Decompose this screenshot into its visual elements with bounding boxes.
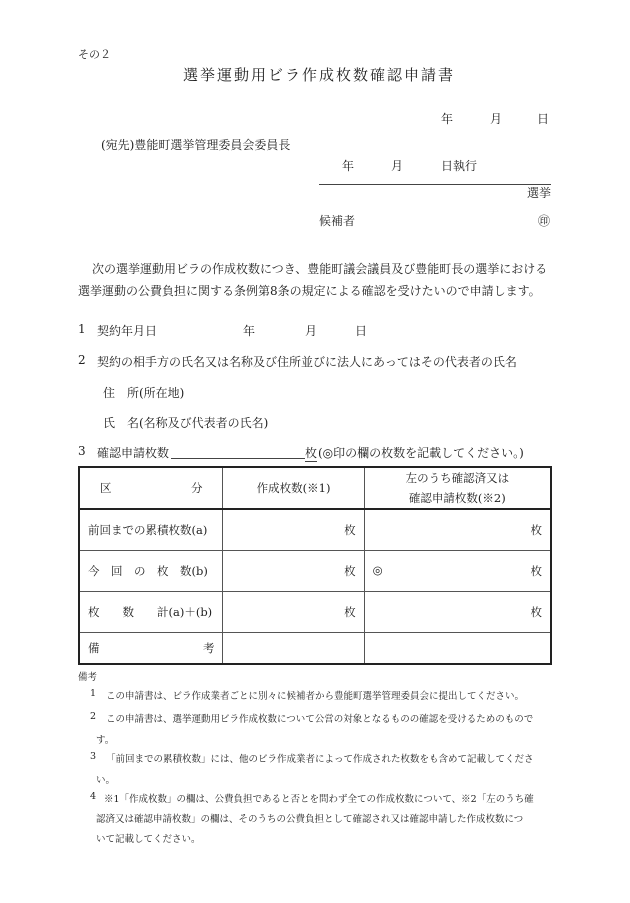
intro-line-1: 次の選挙運動用ビラの作成枚数につき、豊能町議会議員及び豊能町長の選挙における <box>92 260 547 277</box>
remarks-cell-confirmed[interactable] <box>364 633 551 665</box>
date-year: 年 <box>441 110 453 127</box>
name-label-b: 名(名称及び代表者の氏名) <box>127 414 268 431</box>
address-label-a: 住 <box>103 384 115 401</box>
note-2-text: この申請書は、選挙運動用ビラ作成枚数について公営の対象となるものの確認を受けるた… <box>106 711 533 725</box>
item3-label: 確認申請枚数 <box>97 444 169 461</box>
note-2-number: 2 <box>90 711 96 722</box>
address-label-b: 所(所在地) <box>127 384 184 401</box>
item3-unit: 枚 <box>305 444 317 462</box>
table-row-previous: 前回までの累積枚数(a) 枚 枚 <box>79 509 551 551</box>
header-confirmed-count: 左のうち確認済又は 確認申請枚数(※2) <box>364 467 551 509</box>
table-row-current: 今 回 の 枚 数(b) 枚 ◎枚 <box>79 551 551 592</box>
item3-count-field[interactable] <box>171 458 305 459</box>
item2-label: 契約の相手方の氏名又は名称及び住所並びに法人にあってはその代表者の氏名 <box>97 353 517 370</box>
note-3-text: 「前回までの累積枚数」には、他のビラ作成業者によって作成された枚数をも含めて記載… <box>106 751 534 765</box>
item1-label: 契約年月日 <box>97 322 157 339</box>
election-day-held: 日執行 <box>441 157 477 174</box>
notes-heading: 備考 <box>78 669 97 683</box>
header-confirmed-line2: 確認申請枚数(※2) <box>373 488 542 508</box>
double-circle-icon: ◎ <box>373 563 383 579</box>
header-category: 区 分 <box>79 467 223 509</box>
item1-day: 日 <box>355 322 367 339</box>
election-name-line[interactable] <box>319 184 551 185</box>
created-count-cell[interactable]: 枚 <box>223 551 364 592</box>
seal-icon: ㊞ <box>538 212 550 229</box>
note-2-cont: す。 <box>96 732 114 746</box>
intro-line-2: 選挙運動の公費負担に関する条例第8条の規定による確認を受けたいので申請します。 <box>78 282 541 299</box>
header-confirmed-line1: 左のうち確認済又は <box>373 468 542 488</box>
confirmed-count-cell[interactable]: 枚 <box>364 592 551 633</box>
item3-number: 3 <box>78 444 86 458</box>
remarks-cell-created[interactable] <box>223 633 364 665</box>
row-label: 枚 数 計(a)＋(b) <box>79 592 223 633</box>
page-title: 選挙運動用ビラ作成枚数確認申請書 <box>183 64 455 85</box>
created-count-cell[interactable]: 枚 <box>223 509 364 551</box>
header-category-a: 区 <box>100 480 112 496</box>
table-row-remarks: 備 考 <box>79 633 551 665</box>
confirmed-count-cell[interactable]: ◎枚 <box>364 551 551 592</box>
table-header-row: 区 分 作成枚数(※1) 左のうち確認済又は 確認申請枚数(※2) <box>79 467 551 509</box>
created-count-cell[interactable]: 枚 <box>223 592 364 633</box>
name-label-a: 氏 <box>103 414 115 431</box>
row-label: 今 回 の 枚 数(b) <box>79 551 223 592</box>
note-4-cont: 認済又は確認申請枚数」の欄は、そのうちの公費負担として確認され又は確認申請した作… <box>96 811 523 825</box>
election-suffix: 選挙 <box>527 184 551 201</box>
table-row-total: 枚 数 計(a)＋(b) 枚 枚 <box>79 592 551 633</box>
date-day: 日 <box>537 110 549 127</box>
candidate-label: 候補者 <box>319 212 355 229</box>
remarks-label: 備 考 <box>79 633 223 665</box>
item1-month: 月 <box>305 322 317 339</box>
count-table: 区 分 作成枚数(※1) 左のうち確認済又は 確認申請枚数(※2) 前回までの累… <box>78 466 552 665</box>
row-label: 前回までの累積枚数(a) <box>79 509 223 551</box>
note-4-number: 4 <box>90 791 96 802</box>
form-number: その２ <box>78 46 111 62</box>
item3-note: (◎印の欄の枚数を記載してください。) <box>318 444 524 461</box>
confirmed-count-cell[interactable]: 枚 <box>364 509 551 551</box>
item1-year: 年 <box>243 322 255 339</box>
header-category-b: 分 <box>191 480 203 496</box>
note-4-cont2: いて記載してください。 <box>96 831 201 845</box>
note-1-text: この申請書は、ビラ作成業者ごとに別々に候補者から豊能町選挙管理委員会に提出してく… <box>106 688 524 702</box>
addressee: (宛先)豊能町選挙管理委員会委員長 <box>101 136 290 153</box>
date-month: 月 <box>490 110 502 127</box>
election-year: 年 <box>342 157 354 174</box>
note-4-text: ※1「作成枚数」の欄は、公費負担であると否とを問わず全ての作成枚数について、※2… <box>104 791 534 805</box>
header-created-count: 作成枚数(※1) <box>223 467 364 509</box>
item2-number: 2 <box>78 353 86 367</box>
note-3-cont: い。 <box>96 772 115 786</box>
election-month: 月 <box>391 157 403 174</box>
note-1-number: 1 <box>90 688 96 699</box>
note-3-number: 3 <box>90 751 96 762</box>
item1-number: 1 <box>78 322 86 336</box>
